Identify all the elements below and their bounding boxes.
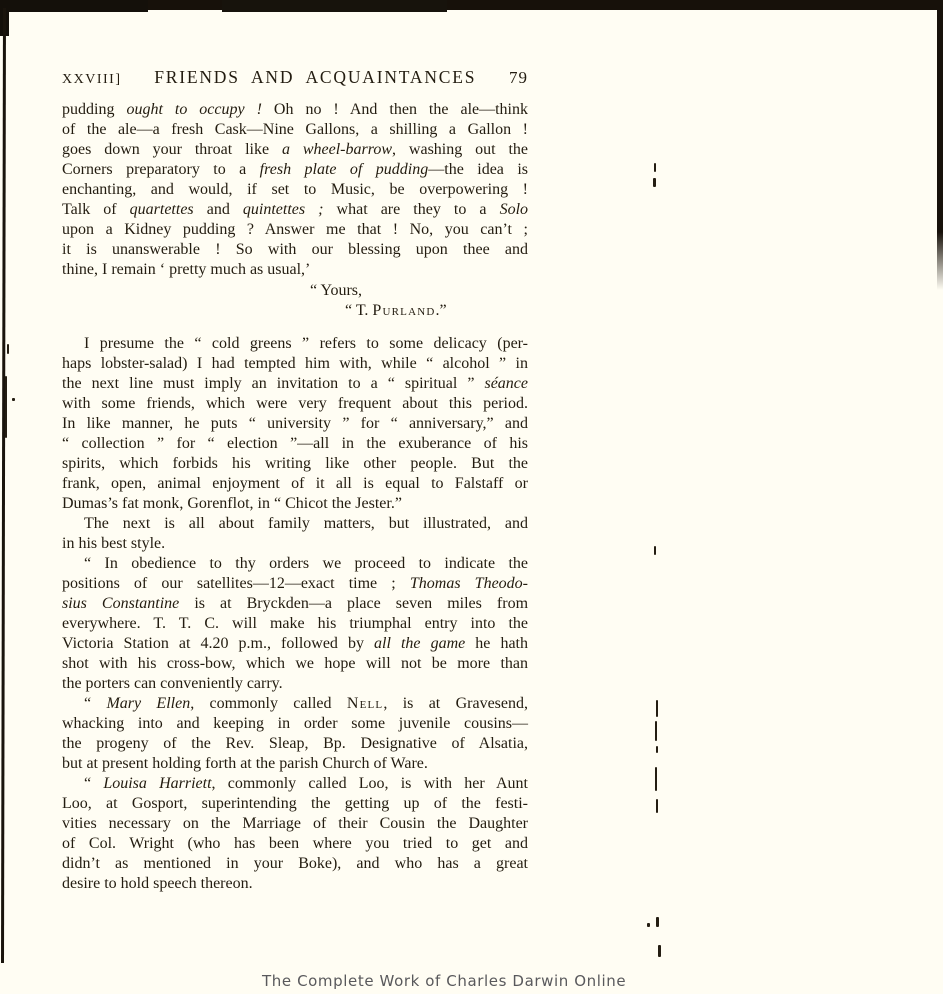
page-body: pudding ought to occupy ! Oh no ! And th… <box>62 100 528 894</box>
text-line: didn’t as mentioned in your Boke), and w… <box>62 854 528 874</box>
text-line: it is unanswerable ! So with our blessin… <box>62 240 528 260</box>
scan-artifact <box>7 344 9 354</box>
page-title: FRIENDS AND ACQUAINTANCES <box>121 67 509 88</box>
scan-artifact <box>656 799 658 813</box>
scan-artifact <box>655 721 657 741</box>
paragraph: “ Yours, <box>62 281 528 301</box>
scan-border-top-segment <box>222 0 447 12</box>
text-line: the next line must imply an invitation t… <box>62 374 528 394</box>
text-line: “ Yours, <box>310 281 528 301</box>
scan-artifact <box>654 163 656 172</box>
scan-artifact <box>647 923 650 927</box>
text-line: Loo, at Gosport, superintending the gett… <box>62 794 528 814</box>
paragraph: I presume the “ cold greens ” refers to … <box>62 334 528 514</box>
text-line: the progeny of the Rev. Sleap, Bp. Desig… <box>62 734 528 754</box>
scan-artifact <box>655 767 657 791</box>
page-header: XXVIII] FRIENDS AND ACQUAINTANCES 79 <box>62 67 528 88</box>
text-line: Victoria Station at 4.20 p.m., followed … <box>62 634 528 654</box>
scan-artifact <box>12 398 15 401</box>
text-line: haps lobster-salad) I had tempted him wi… <box>62 354 528 374</box>
text-line: “ collection ” for “ election ”—all in t… <box>62 434 528 454</box>
scan-border-left-line <box>1 8 6 963</box>
text-line: “ In obedience to thy orders we proceed … <box>62 554 528 574</box>
paragraph: The next is all about family matters, bu… <box>62 514 528 554</box>
text-line: upon a Kidney pudding ? Answer me that !… <box>62 220 528 240</box>
text-line: thine, I remain ‘ pretty much as usual,’ <box>62 260 528 280</box>
footer-watermark: The Complete Work of Charles Darwin Onli… <box>262 972 626 990</box>
scan-artifact <box>653 178 656 187</box>
text-line: Talk of quartettes and quintettes ; what… <box>62 200 528 220</box>
text-line: Corners preparatory to a fresh plate of … <box>62 160 528 180</box>
text-line: in his best style. <box>62 534 528 554</box>
text-line: but at present holding forth at the pari… <box>62 754 528 774</box>
scan-artifact <box>656 700 658 717</box>
text-line: everywhere. T. T. C. will make his trium… <box>62 614 528 634</box>
text-line: sius Constantine is at Bryckden—a place … <box>62 594 528 614</box>
scan-border-top-segment <box>0 0 148 12</box>
text-line: the porters can conveniently carry. <box>62 674 528 694</box>
text-line: goes down your throat like a wheel-barro… <box>62 140 528 160</box>
text-line: I presume the “ cold greens ” refers to … <box>62 334 528 354</box>
scan-artifact <box>658 945 661 957</box>
text-line: enchanting, and would, if set to Music, … <box>62 180 528 200</box>
text-line: “ Mary Ellen, commonly called Nell, is a… <box>62 694 528 714</box>
paragraph: “ Mary Ellen, commonly called Nell, is a… <box>62 694 528 774</box>
text-line: spirits, which forbids his writing like … <box>62 454 528 474</box>
scan-border-right <box>937 0 943 290</box>
scan-artifact <box>654 546 656 555</box>
text-line: The next is all about family matters, bu… <box>62 514 528 534</box>
text-line: frank, open, animal enjoyment of it all … <box>62 474 528 494</box>
text-line: with some friends, which were very frequ… <box>62 394 528 414</box>
text-line: shot with his cross-bow, which we hope w… <box>62 654 528 674</box>
paragraph: “ Louisa Harriett, commonly called Loo, … <box>62 774 528 894</box>
paragraph: pudding ought to occupy ! Oh no ! And th… <box>62 100 528 280</box>
text-line: pudding ought to occupy ! Oh no ! And th… <box>62 100 528 120</box>
text-line: of Col. Wright (who has been where you t… <box>62 834 528 854</box>
text-line: Dumas’s fat monk, Gorenflot, in “ Chicot… <box>62 494 528 514</box>
text-line: desire to hold speech thereon. <box>62 874 528 894</box>
text-line: positions of our satellites—12—exact tim… <box>62 574 528 594</box>
scan-artifact <box>656 746 658 753</box>
text-line: vities necessary on the Marriage of thei… <box>62 814 528 834</box>
scan-artifact <box>5 376 7 438</box>
text-line: “ T. Purland.” <box>345 301 528 321</box>
text-line: “ Louisa Harriett, commonly called Loo, … <box>62 774 528 794</box>
text-line: In like manner, he puts “ university ” f… <box>62 414 528 434</box>
page-number: 79 <box>509 68 528 88</box>
text-line: whacking into and keeping in order some … <box>62 714 528 734</box>
text-line: of the ale—a fresh Cask—Nine Gallons, a … <box>62 120 528 140</box>
scan-artifact <box>656 917 659 927</box>
paragraph: “ T. Purland.” <box>62 301 528 321</box>
paragraph: “ In obedience to thy orders we proceed … <box>62 554 528 694</box>
chapter-number: XXVIII] <box>62 72 121 88</box>
